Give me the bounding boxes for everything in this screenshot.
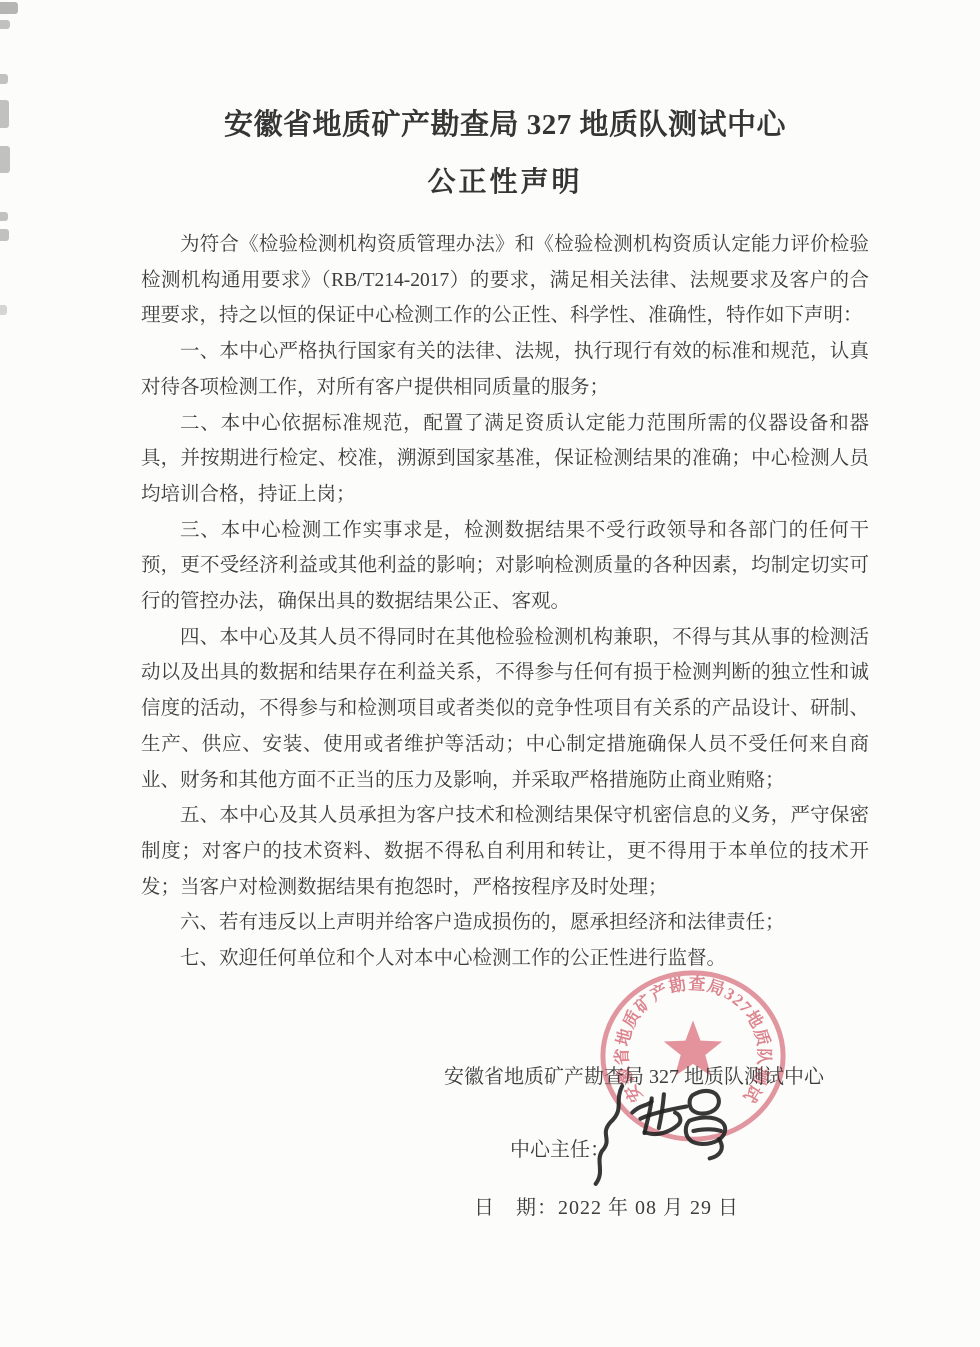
- paragraph-item-2: 二、本中心依据标准规范，配置了满足资质认定能力范围所需的仪器设备和器具，并按期进…: [141, 406, 869, 513]
- paragraph-item-4: 四、本中心及其人员不得同时在其他检验检测机构兼职，不得与其从事的检测活动以及出具…: [141, 620, 869, 799]
- scan-artifact: [0, 74, 8, 84]
- scan-artifact: [0, 146, 10, 173]
- paragraph-item-6: 六、若有违反以上声明并给客户造成损伤的，愿承担经济和法律责任；: [141, 905, 869, 941]
- scan-artifact: [0, 2, 18, 14]
- scan-artifact: [0, 305, 7, 315]
- paragraph-item-5: 五、本中心及其人员承担为客户技术和检测结果保守机密信息的义务，严守保密制度；对客…: [141, 798, 869, 905]
- paragraph-item-3: 三、本中心检测工作实事求是，检测数据结果不受行政领导和各部门的任何干预，更不受经…: [141, 513, 869, 620]
- handwritten-signature-ink: [585, 1078, 753, 1190]
- statement-text: 为符合《检验检测机构资质管理办法》和《检验检测机构资质认定能力评价检验检测机构通…: [141, 227, 869, 977]
- scan-artifact: [0, 100, 9, 128]
- date-line: 日 期：2022 年 08 月 29 日: [474, 1191, 739, 1220]
- document-body: 安徽省地质矿产勘查局 327 地质队测试中心 公正性声明 为符合《检验检测机构资…: [141, 104, 869, 977]
- scan-artifact: [0, 229, 9, 241]
- document-subtitle: 公正性声明: [141, 163, 869, 203]
- paragraph-item-1: 一、本中心严格执行国家有关的法律、法规，执行现行有效的标准和规范，认真对待各项检…: [141, 334, 869, 405]
- scan-artifact: [0, 212, 8, 221]
- scan-artifact: [0, 20, 10, 29]
- document-title: 安徽省地质矿产勘查局 327 地质队测试中心: [141, 104, 869, 146]
- scanned-document-page: 安徽省地质矿产勘查局 327 地质队测试中心 公正性声明 为符合《检验检测机构资…: [0, 0, 980, 1347]
- paragraph-intro: 为符合《检验检测机构资质管理办法》和《检验检测机构资质认定能力评价检验检测机构通…: [141, 227, 869, 334]
